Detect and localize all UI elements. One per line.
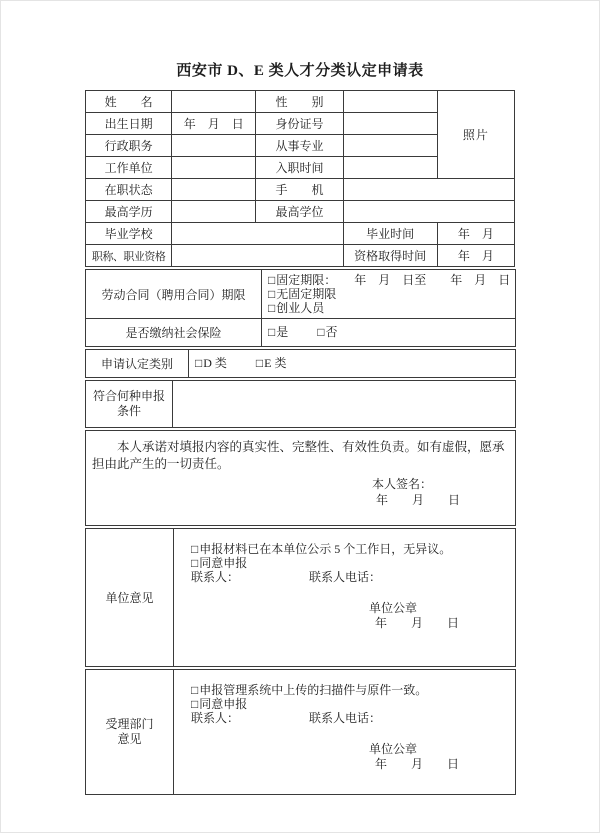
condition-table: 符合何种申报 条件 <box>85 380 516 428</box>
field-qualification-time: 年 月 <box>437 245 514 267</box>
checkbox-icon: □ <box>268 325 275 339</box>
acceptance-check-scan: □申报管理系统中上传的扫描件与原件一致。 <box>191 683 515 697</box>
option-class-e: □E 类 <box>256 356 287 370</box>
table-row: 符合何种申报 条件 <box>86 381 516 428</box>
option-class-d-label: D 类 <box>203 356 227 370</box>
acceptance-check-scan-label: 申报管理系统中上传的扫描件与原件一致。 <box>199 683 427 697</box>
category-options: □D 类 □E 类 <box>189 350 516 378</box>
field-highest-education <box>172 201 256 223</box>
checkbox-icon: □ <box>191 697 198 711</box>
label-category: 申请认定类别 <box>86 350 189 378</box>
signature-date: 年 月 日 <box>376 492 509 508</box>
label-qualification-time: 资格取得时间 <box>343 245 437 267</box>
table-row: 本人承诺对填报内容的真实性、完整性、有效性负责。如有虚假，愿承担由此产生的一切责… <box>86 431 516 526</box>
employer-opinion-content: □申报材料已在本单位公示 5 个工作日，无异议。 □同意申报 联系人：联系人电话… <box>174 529 516 667</box>
field-id-number <box>343 113 437 135</box>
employer-seal-label: 单位公章 <box>369 601 515 617</box>
table-row: 是否缴纳社会保险 □是 □否 <box>86 319 516 347</box>
signature-label: 本人签名： <box>372 476 509 492</box>
table-row: 毕业学校 毕业时间 年 月 <box>86 223 515 245</box>
checkbox-icon: □ <box>268 273 275 287</box>
field-condition <box>173 381 516 428</box>
label-birthdate: 出生日期 <box>86 113 172 135</box>
option-open-term-label: 无固定期限 <box>276 287 336 301</box>
label-id-number: 身份证号 <box>256 113 343 135</box>
photo-box: 照片 <box>437 91 514 179</box>
checkbox-icon: □ <box>268 301 275 315</box>
option-no: □否 <box>317 325 337 339</box>
contract-options: □固定期限： 年 月 日至 年 月 日 □无固定期限 □创业人员 <box>262 270 516 319</box>
acceptance-check-approve-label: 同意申报 <box>199 697 247 711</box>
employer-check-publicity-label: 申报材料已在本单位公示 5 个工作日，无异议。 <box>199 542 451 556</box>
label-employer-opinion: 单位意见 <box>86 529 174 667</box>
option-open-term: □无固定期限 <box>268 287 511 301</box>
pledge-cell: 本人承诺对填报内容的真实性、完整性、有效性负责。如有虚假，愿承担由此产生的一切责… <box>86 431 516 526</box>
table-row: 申请认定类别 □D 类 □E 类 <box>86 350 516 378</box>
table-row: 单位意见 □申报材料已在本单位公示 5 个工作日，无异议。 □同意申报 联系人：… <box>86 529 516 667</box>
label-name: 姓 名 <box>86 91 172 113</box>
label-gender: 性 别 <box>256 91 343 113</box>
table-row: 受理部门 意见 □申报管理系统中上传的扫描件与原件一致。 □同意申报 联系人：联… <box>86 670 516 795</box>
employer-seal-date: 年 月 日 <box>375 616 515 632</box>
acceptance-contact-label: 联系人： <box>191 711 309 727</box>
field-highest-degree <box>343 201 514 223</box>
contract-table: 劳动合同（聘用合同）期限 □固定期限： 年 月 日至 年 月 日 □无固定期限 … <box>85 269 516 347</box>
basic-info-table: 姓 名 性 别 照片 出生日期 年 月 日 身份证号 行政职务 从事专业 工作单… <box>85 90 515 267</box>
label-acceptance-line2: 意见 <box>88 732 171 747</box>
field-gender <box>343 91 437 113</box>
checkbox-icon: □ <box>256 356 263 370</box>
form-page: 西安市 D、E 类人才分类认定申请表 姓 名 性 别 照片 出生日期 年 月 日… <box>0 0 600 833</box>
option-yes-label: 是 <box>276 325 288 339</box>
category-table: 申请认定类别 □D 类 □E 类 <box>85 349 516 378</box>
option-entrepreneur-label: 创业人员 <box>276 301 324 315</box>
checkbox-icon: □ <box>191 542 198 556</box>
form-body: 姓 名 性 别 照片 出生日期 年 月 日 身份证号 行政职务 从事专业 工作单… <box>85 90 515 795</box>
employer-phone-label: 联系人电话： <box>309 570 381 584</box>
checkbox-icon: □ <box>195 356 202 370</box>
checkbox-icon: □ <box>268 287 275 301</box>
option-class-e-label: E 类 <box>264 356 286 370</box>
field-professional-title <box>172 245 343 267</box>
acceptance-seal-label: 单位公章 <box>369 742 515 758</box>
employer-check-approve-label: 同意申报 <box>199 556 247 570</box>
field-mobile <box>343 179 514 201</box>
label-job-status: 在职状态 <box>86 179 172 201</box>
label-acceptance-line1: 受理部门 <box>88 717 171 732</box>
acceptance-contact-line: 联系人：联系人电话： <box>191 711 515 727</box>
label-highest-education: 最高学历 <box>86 201 172 223</box>
label-acceptance-opinion: 受理部门 意见 <box>86 670 174 795</box>
option-fixed-term-label: 固定期限： 年 月 日至 年 月 日 <box>276 273 510 287</box>
field-admin-post <box>172 135 256 157</box>
employer-opinion-table: 单位意见 □申报材料已在本单位公示 5 个工作日，无异议。 □同意申报 联系人：… <box>85 528 516 667</box>
field-job-status <box>172 179 256 201</box>
label-highest-degree: 最高学位 <box>256 201 343 223</box>
employer-check-publicity: □申报材料已在本单位公示 5 个工作日，无异议。 <box>191 542 515 556</box>
field-profession <box>343 135 437 157</box>
field-hire-date <box>343 157 437 179</box>
option-entrepreneur: □创业人员 <box>268 301 511 315</box>
option-class-d: □D 类 <box>195 356 227 370</box>
label-condition-line1: 符合何种申报 <box>88 389 170 404</box>
social-insurance-options: □是 □否 <box>262 319 516 347</box>
label-social-insurance: 是否缴纳社会保险 <box>86 319 262 347</box>
table-row: 姓 名 性 别 照片 <box>86 91 515 113</box>
label-employer: 工作单位 <box>86 157 172 179</box>
label-mobile: 手 机 <box>256 179 343 201</box>
employer-contact-line: 联系人：联系人电话： <box>191 570 515 586</box>
field-employer <box>172 157 256 179</box>
pledge-text: 本人承诺对填报内容的真实性、完整性、有效性负责。如有虚假，愿承担由此产生的一切责… <box>92 439 509 473</box>
acceptance-opinion-content: □申报管理系统中上传的扫描件与原件一致。 □同意申报 联系人：联系人电话： 单位… <box>174 670 516 795</box>
label-hire-date: 入职时间 <box>256 157 343 179</box>
label-condition: 符合何种申报 条件 <box>86 381 173 428</box>
field-graduate-school <box>172 223 343 245</box>
table-row: 最高学历 最高学位 <box>86 201 515 223</box>
employer-check-approve: □同意申报 <box>191 556 515 570</box>
label-graduation-time: 毕业时间 <box>343 223 437 245</box>
acceptance-check-approve: □同意申报 <box>191 697 515 711</box>
label-professional-title: 职称、职业资格 <box>86 245 172 267</box>
checkbox-icon: □ <box>191 556 198 570</box>
table-row: 在职状态 手 机 <box>86 179 515 201</box>
option-yes: □是 <box>268 325 288 339</box>
acceptance-opinion-table: 受理部门 意见 □申报管理系统中上传的扫描件与原件一致。 □同意申报 联系人：联… <box>85 669 516 795</box>
employer-contact-label: 联系人： <box>191 570 309 586</box>
option-no-label: 否 <box>326 325 338 339</box>
label-profession: 从事专业 <box>256 135 343 157</box>
field-birthdate: 年 月 日 <box>172 113 256 135</box>
table-row: 职称、职业资格 资格取得时间 年 月 <box>86 245 515 267</box>
label-contract-term: 劳动合同（聘用合同）期限 <box>86 270 262 319</box>
acceptance-seal-date: 年 月 日 <box>375 757 515 773</box>
table-row: 劳动合同（聘用合同）期限 □固定期限： 年 月 日至 年 月 日 □无固定期限 … <box>86 270 516 319</box>
pledge-table: 本人承诺对填报内容的真实性、完整性、有效性负责。如有虚假，愿承担由此产生的一切责… <box>85 430 516 526</box>
field-name <box>172 91 256 113</box>
label-admin-post: 行政职务 <box>86 135 172 157</box>
label-condition-line2: 条件 <box>88 404 170 419</box>
checkbox-icon: □ <box>317 325 324 339</box>
option-fixed-term: □固定期限： 年 月 日至 年 月 日 <box>268 273 511 287</box>
acceptance-phone-label: 联系人电话： <box>309 711 381 725</box>
field-graduation-time: 年 月 <box>437 223 514 245</box>
label-graduate-school: 毕业学校 <box>86 223 172 245</box>
checkbox-icon: □ <box>191 683 198 697</box>
form-title: 西安市 D、E 类人才分类认定申请表 <box>1 1 599 80</box>
